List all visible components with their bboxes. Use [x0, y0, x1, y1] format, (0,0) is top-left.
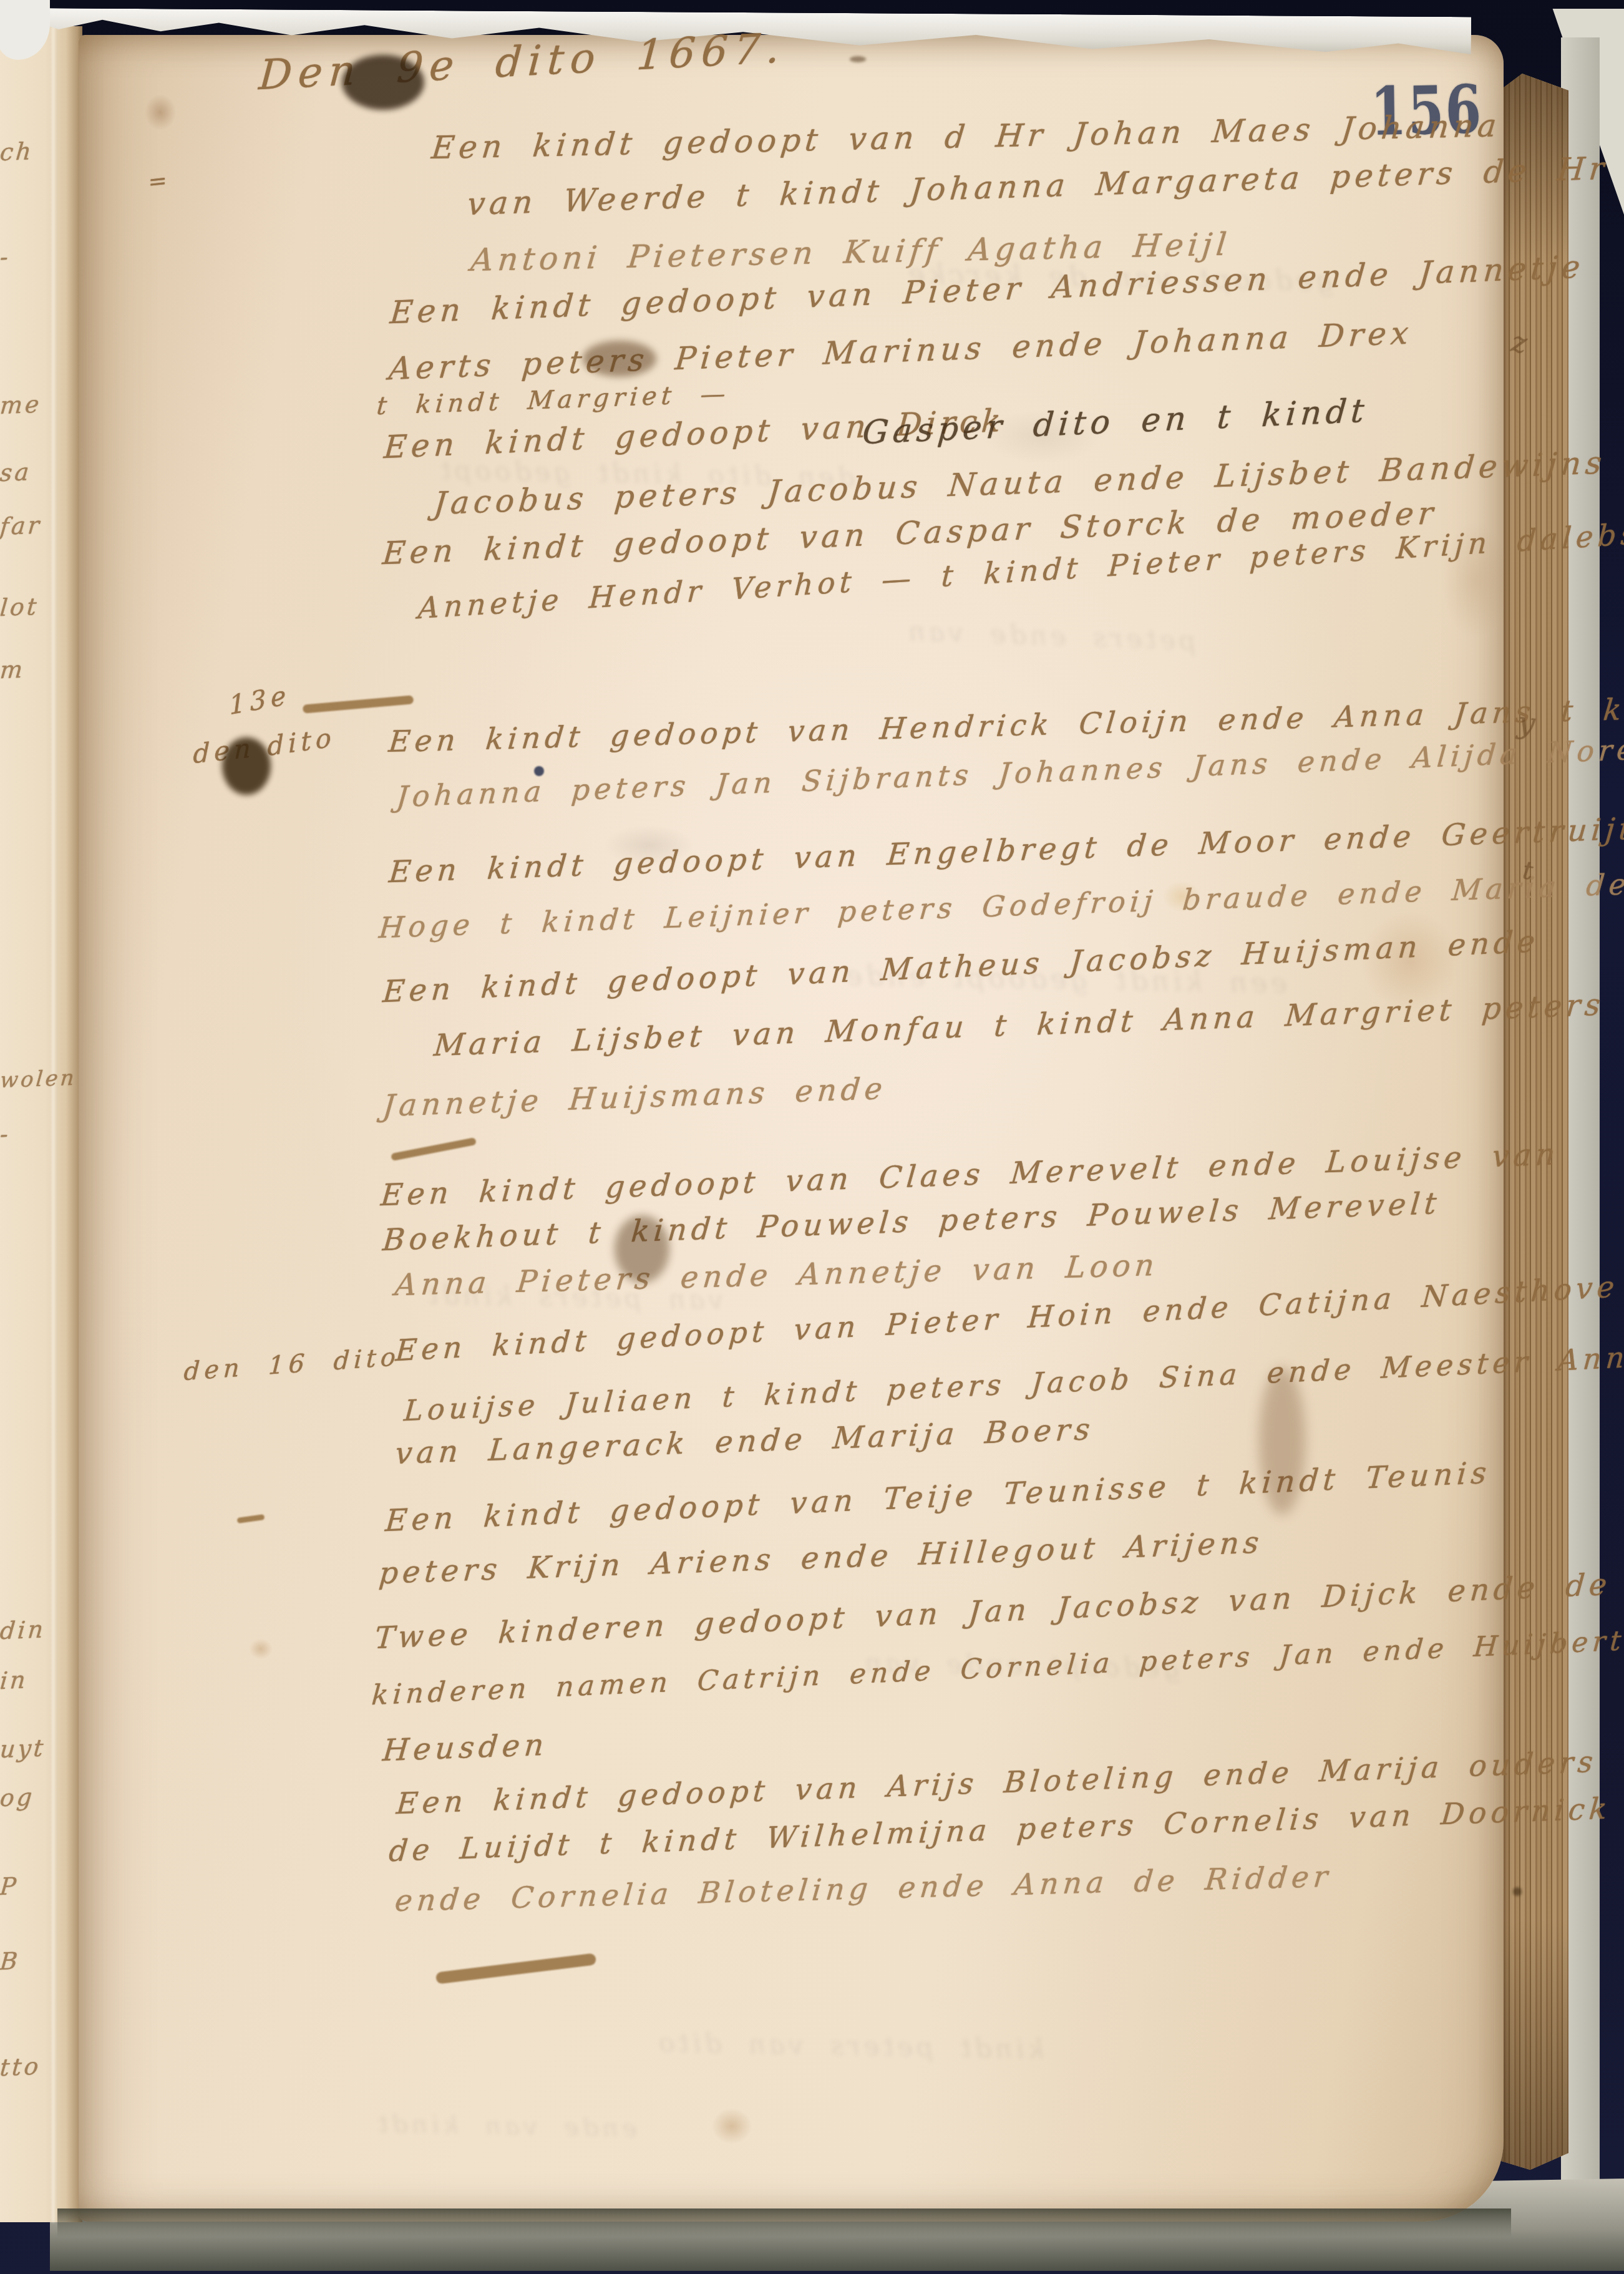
- facing-page-fragment: me: [0, 391, 42, 419]
- margin-mark: =: [148, 167, 172, 195]
- margin-date: den 16 dito: [183, 1343, 401, 1386]
- pen-stroke: [435, 1953, 596, 1984]
- ink-blot: [1259, 1368, 1305, 1515]
- ink-blot: [1513, 1887, 1522, 1896]
- facing-page-fragment: m: [0, 656, 26, 684]
- paper-stain: [1429, 499, 1522, 661]
- ink-blot: [583, 341, 656, 377]
- facing-page-fragment: -: [0, 243, 12, 271]
- ink-blot: [534, 766, 544, 776]
- edge-ink-mark: z: [1509, 324, 1530, 360]
- ink-blot: [342, 55, 424, 110]
- pen-stroke: [303, 695, 414, 713]
- manuscript-line: t kindt Margriet —: [376, 379, 731, 420]
- facing-page-fragment: far: [0, 512, 43, 540]
- facing-page-fragment: sa: [0, 458, 32, 487]
- manuscript-line: Jannetje Huijsmans ende: [381, 1071, 888, 1124]
- manuscript-line: Aerts peters Pieter Marinus ende Johanna…: [387, 315, 1414, 387]
- ghost-showthrough-text: ende van kindt: [374, 2109, 638, 2142]
- facing-page-fragment: lot: [0, 593, 40, 621]
- ink-blot: [222, 737, 271, 795]
- manuscript-line: peters Krijn Ariens ende Hillegout Arije…: [377, 1525, 1265, 1591]
- margin-date: 13e: [228, 679, 291, 721]
- ghost-showthrough-text: kindt peters van dito: [655, 2028, 1044, 2065]
- paper-stain: [139, 87, 182, 137]
- facing-page-fragment: din: [0, 1615, 47, 1645]
- ink-blot: [850, 56, 866, 62]
- manuscript-line: Een kindt gedoopt van Teije Teunisse t k…: [384, 1455, 1492, 1539]
- facing-page-fragment: in: [0, 1666, 29, 1694]
- ink-blot: [615, 1215, 669, 1283]
- facing-page-fragment: -: [0, 1120, 12, 1148]
- facing-page-fragment: tto: [0, 2053, 42, 2081]
- manuscript-line: Heusden: [381, 1727, 550, 1768]
- facing-page-fragment: wolen: [0, 1066, 77, 1093]
- scanned-manuscript-photo: 156 gedoopt van de kerckeden dito kindt …: [0, 0, 1624, 2274]
- paper-stain: [704, 2101, 760, 2151]
- manuscript-line: ende Cornelia Bloteling ende Anna de Rid…: [394, 1860, 1334, 1918]
- margin-date: dito: [267, 722, 336, 762]
- facing-page-fragment: P: [0, 1872, 20, 1900]
- header-date-line: Den 9e dito 1667.: [258, 24, 787, 100]
- pen-stroke: [237, 1514, 265, 1523]
- manuscript-line: Een kindt gedoopt van d Hr Johan Maes Jo…: [430, 107, 1502, 166]
- pen-stroke: [391, 1137, 477, 1161]
- paper-stain: [245, 1635, 277, 1663]
- manuscript-line: Anna Pieters ende Annetje van Loon: [394, 1248, 1160, 1303]
- handwriting-layer: gedoopt van de kerckeden dito kindt gedo…: [0, 0, 1624, 2274]
- facing-page-fragment: og: [0, 1783, 36, 1812]
- facing-page-fragment: ch: [0, 137, 35, 166]
- facing-page-fragment: uyt: [0, 1734, 47, 1763]
- ghost-showthrough-text: peters ende van: [904, 616, 1197, 656]
- edge-ink-mark: y: [1516, 705, 1537, 742]
- facing-page-fragment: B: [0, 1947, 21, 1975]
